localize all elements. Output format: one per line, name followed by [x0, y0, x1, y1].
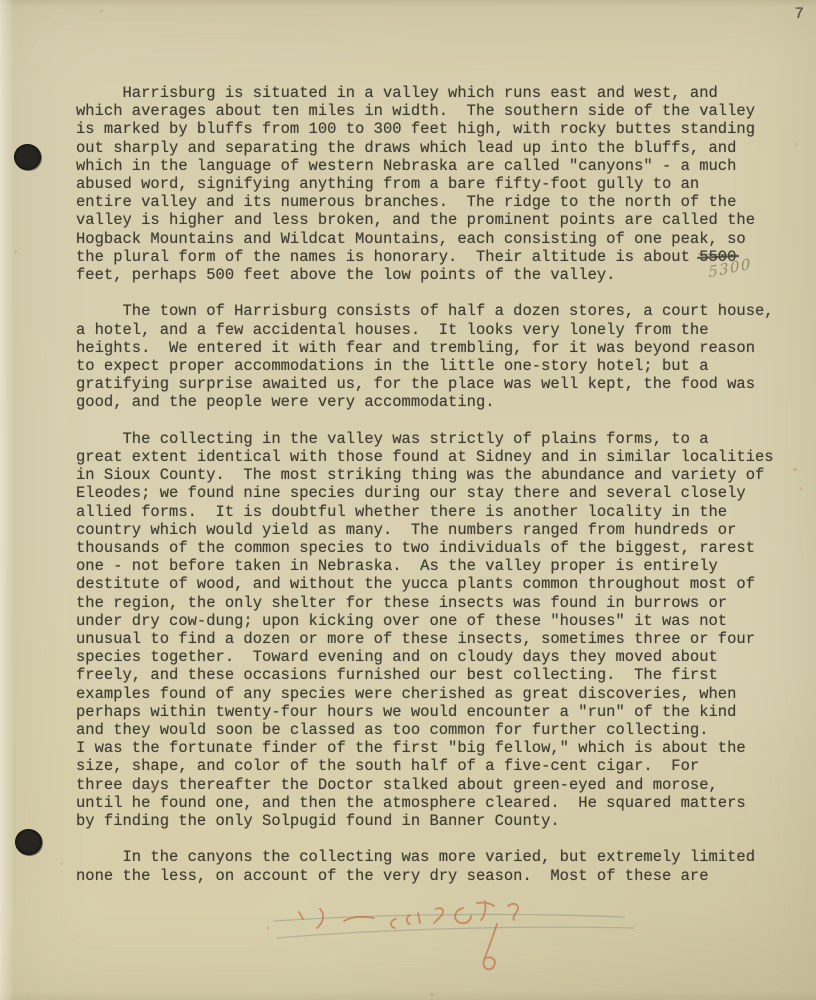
text-line: unusual to find a dozen or more of these…: [76, 630, 792, 648]
paper-speck: [795, 143, 798, 146]
hole-punch-top: [14, 144, 41, 170]
text-line: Hogback Mountains and Wildcat Mountains,…: [76, 230, 792, 248]
paper-speck: [800, 487, 803, 490]
red-scribble: [434, 908, 443, 923]
text-line: gratifying surprise awaited us, for the …: [76, 375, 792, 393]
text-line: in Sioux County. The most striking thing…: [76, 466, 792, 484]
text-line: which averages about ten miles in width.…: [76, 102, 792, 120]
text-line: the region, the only shelter for these i…: [76, 594, 792, 612]
text-line: heights. We entered it with fear and tre…: [76, 339, 792, 357]
text-line: abused word, signifying anything from a …: [76, 175, 792, 193]
text-line: I was the fortunate finder of the first …: [76, 739, 792, 757]
text-line: entire valley and its numerous branches.…: [76, 193, 792, 211]
text-line: thousands of the common species to two i…: [76, 539, 792, 557]
text-line: is marked by bluffs from 100 to 300 feet…: [76, 120, 792, 138]
red-scribble: [477, 901, 494, 920]
text-line: country which would yield as many. The n…: [76, 521, 792, 539]
text-line: to expect proper accommodations in the l…: [76, 357, 792, 375]
text-line: destitute of wood, and without the yucca…: [76, 575, 792, 593]
text-segment: the plural form of the names is honorary…: [76, 248, 699, 266]
text-line: size, shape, and color of the south half…: [76, 757, 792, 775]
text-line: by finding the only Solpugid found in Ba…: [76, 812, 792, 830]
text-line: three days thereafter the Doctor stalked…: [76, 776, 792, 794]
text-line: perhaps within twenty-four hours we woul…: [76, 703, 792, 721]
text-line: species together. Toward evening and on …: [76, 648, 792, 666]
paper-speck: [60, 862, 63, 865]
paper-speck: [267, 927, 269, 929]
text-line: valley is higher and less broken, and th…: [76, 211, 792, 229]
typescript-text-block: Harrisburg is situated in a valley which…: [76, 84, 792, 903]
text-line: good, and the people were very accommoda…: [76, 393, 792, 411]
red-scribble: [317, 909, 323, 928]
text-line: Harrisburg is situated in a valley which…: [76, 84, 792, 102]
text-line: a hotel, and a few accidental houses. It…: [76, 321, 792, 339]
paper-speck: [793, 468, 797, 471]
text-line: none the less, on account of the very dr…: [76, 867, 792, 885]
text-line: one - not before taken in Nebraska. As t…: [76, 557, 792, 575]
pencil-line: [277, 927, 634, 938]
paper-speck: [430, 993, 434, 996]
text-line: Eleodes; we found nine species during ou…: [76, 484, 792, 502]
text-line: out sharply and separating the draws whi…: [76, 139, 792, 157]
paper-speck: [14, 250, 17, 253]
text-line: In the canyons the collecting was more v…: [76, 848, 792, 866]
red-scribble: [483, 924, 497, 969]
paper-speck: [150, 786, 158, 789]
text-line: great extent identical with those found …: [76, 448, 792, 466]
text-line: The collecting in the valley was strictl…: [76, 430, 792, 448]
text-line: examples found of any species were cheri…: [76, 685, 792, 703]
paragraph: The collecting in the valley was strictl…: [76, 430, 792, 830]
red-scribble: [407, 913, 420, 924]
paragraph: In the canyons the collecting was more v…: [76, 848, 792, 884]
red-scribble: [299, 912, 303, 919]
text-line: freely, and these occasions furnished ou…: [76, 666, 792, 684]
text-line: feet, perhaps 500 feet above the low poi…: [76, 266, 792, 284]
red-scribble: [344, 917, 374, 921]
red-scribble: [508, 904, 518, 920]
text-line: which in the language of western Nebrask…: [76, 157, 792, 175]
text-line: The town of Harrisburg consists of half …: [76, 302, 792, 320]
paper-speck: [100, 10, 103, 12]
paragraph: The town of Harrisburg consists of half …: [76, 302, 792, 411]
red-scribble: [391, 919, 396, 928]
scanned-typescript-page: 7 Harrisburg is situated in a valley whi…: [0, 0, 816, 1000]
pencil-line: [274, 914, 624, 921]
paper-speck: [700, 120, 702, 122]
hole-punch-bottom: [15, 829, 42, 855]
page-number: 7: [794, 5, 804, 23]
text-line: allied forms. It is doubtful whether the…: [76, 503, 792, 521]
text-line: until he found one, and then the atmosph…: [76, 794, 792, 812]
text-line: the plural form of the names is honorary…: [76, 248, 792, 266]
red-scribble: [455, 908, 471, 923]
paragraph: Harrisburg is situated in a valley which…: [76, 84, 792, 284]
text-line: and they would soon be classed as too co…: [76, 721, 792, 739]
text-line: under dry cow-dung; upon kicking over on…: [76, 612, 792, 630]
